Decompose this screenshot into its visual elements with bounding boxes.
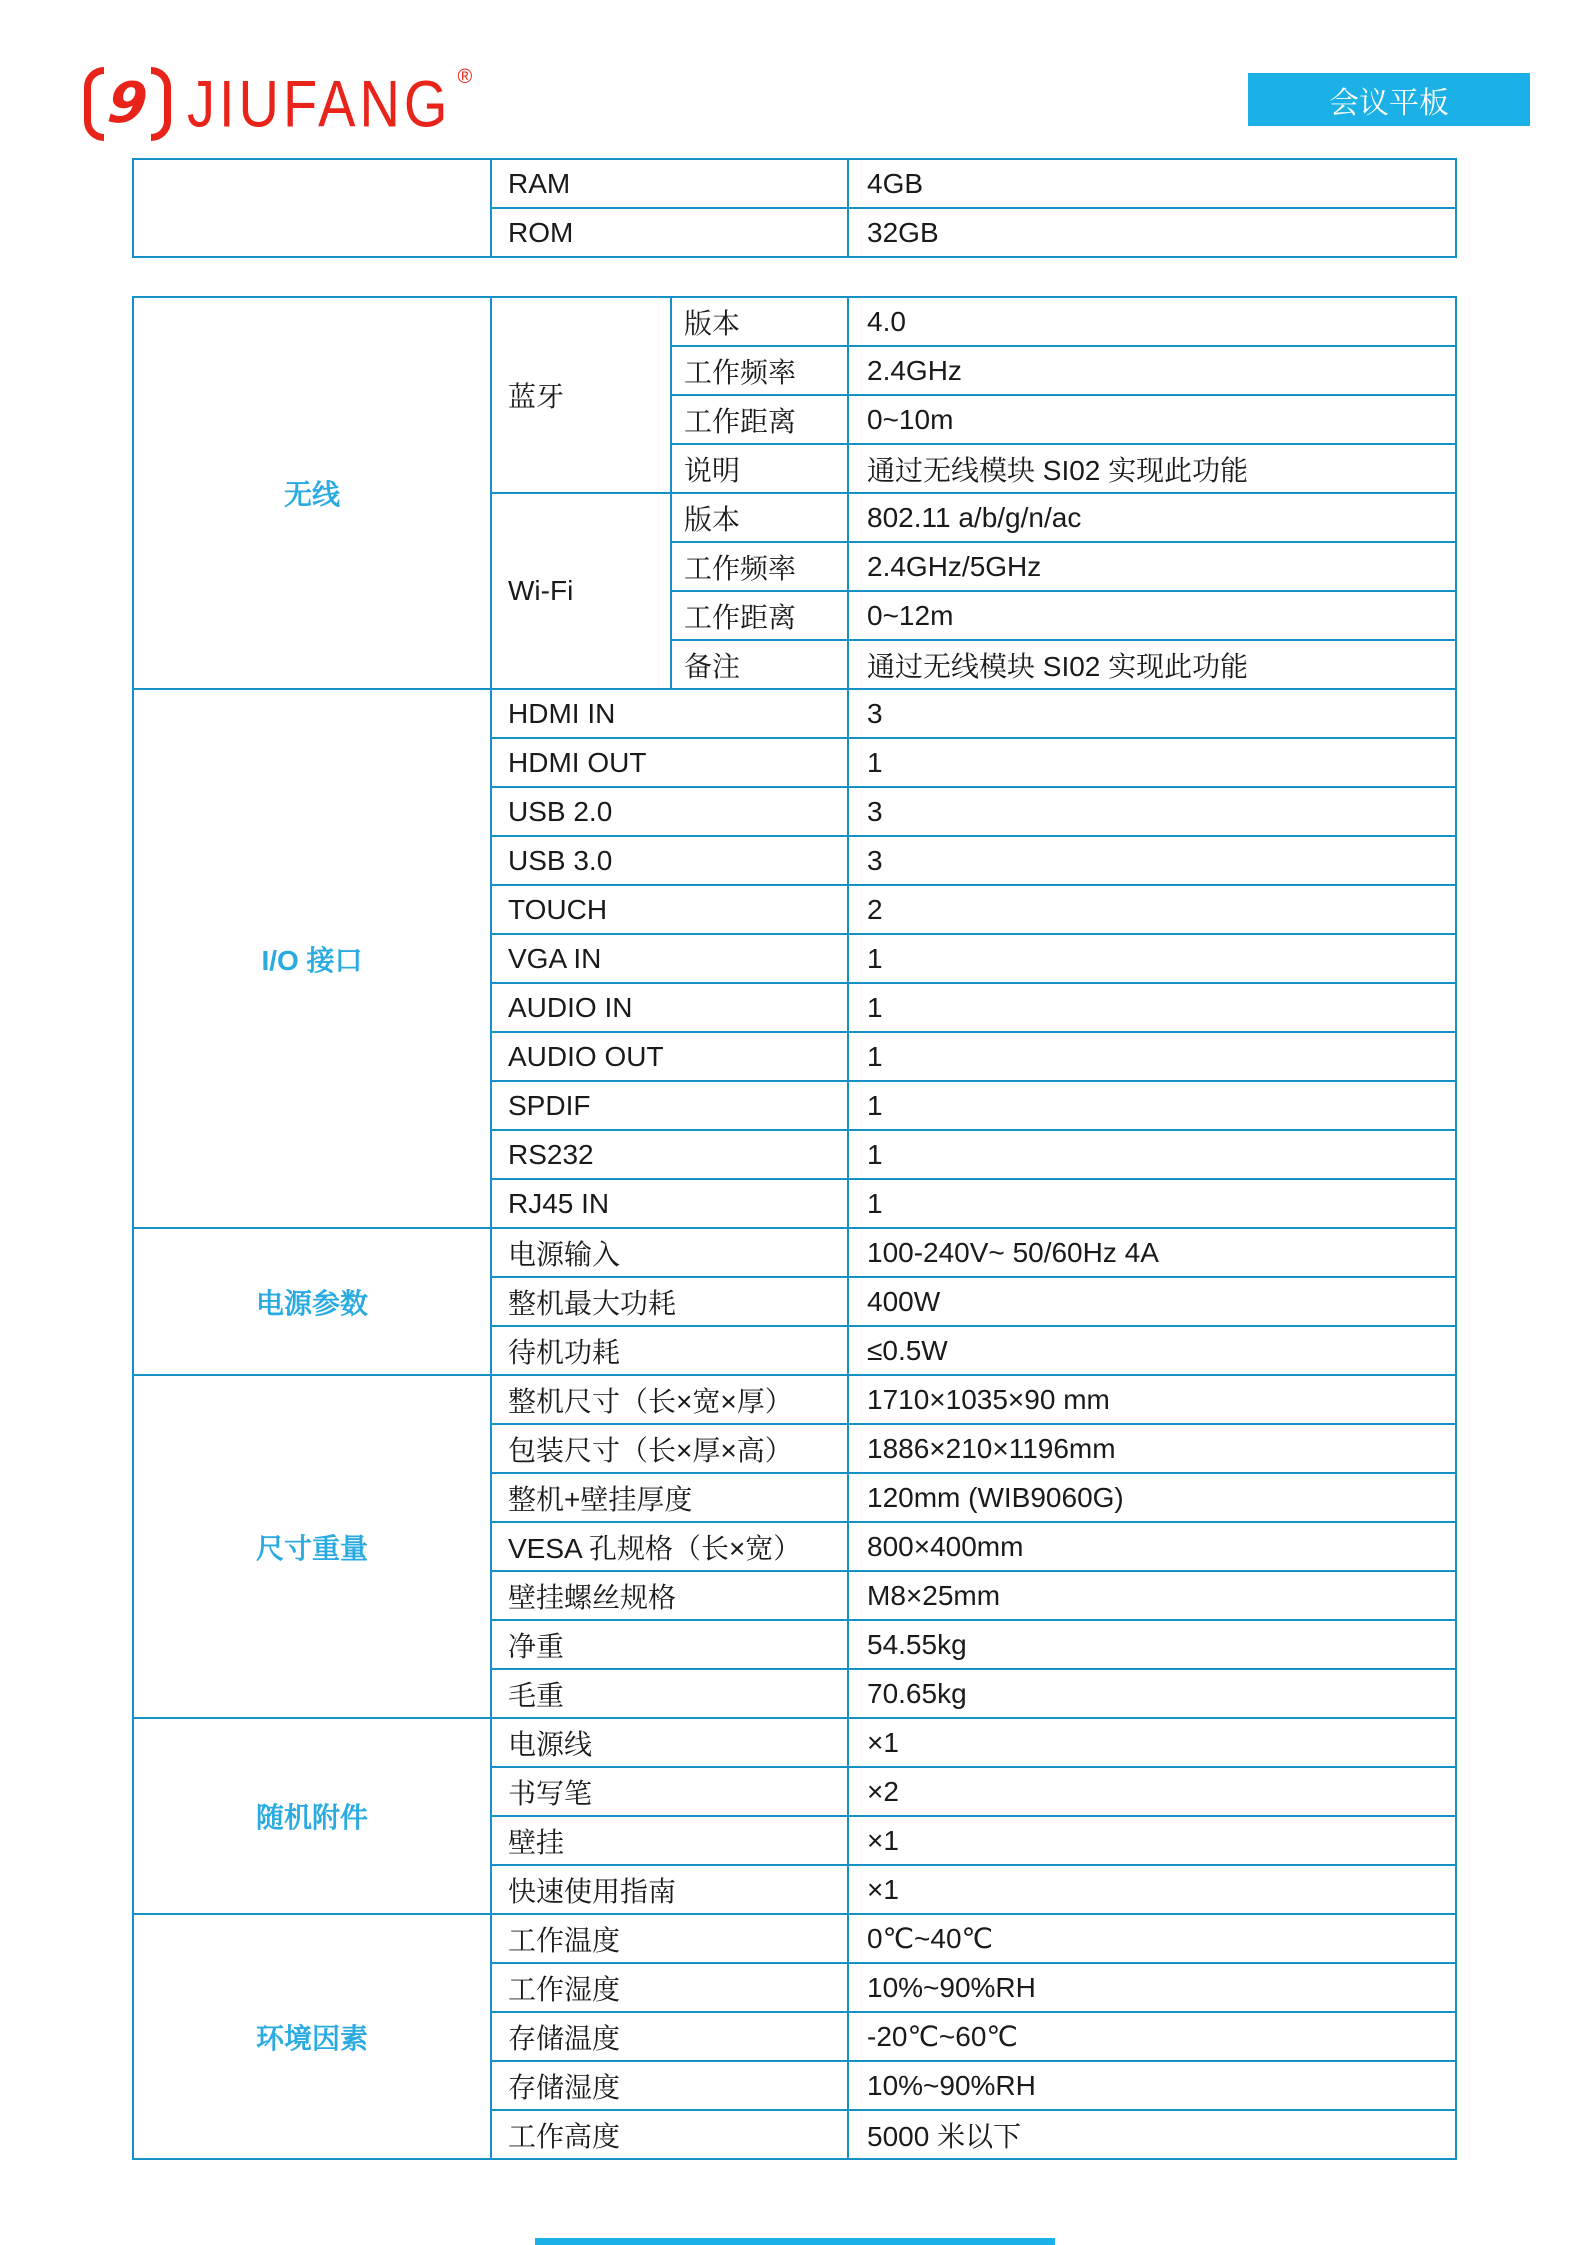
table-row: 随机附件电源线×1 — [133, 1718, 1456, 1767]
table-row: 尺寸重量整机尺寸（长×宽×厚）1710×1035×90 mm — [133, 1375, 1456, 1424]
product-spec-table: 无线蓝牙版本4.0工作频率2.4GHz工作距离0~10m说明通过无线模块 SI0… — [132, 296, 1457, 2160]
spec-label-cell: 快速使用指南 — [491, 1865, 848, 1914]
spec-label-cell: 电源线 — [491, 1718, 848, 1767]
header-badge: 会议平板 — [1248, 73, 1530, 126]
spec-value-cell: 100-240V~ 50/60Hz 4A — [848, 1228, 1456, 1277]
spec-category-cell: 电源参数 — [133, 1228, 491, 1375]
spec-value-cell: 1 — [848, 1081, 1456, 1130]
spec-value-cell: M8×25mm — [848, 1571, 1456, 1620]
spec-label-cell: USB 3.0 — [491, 836, 848, 885]
spec-value-cell: 1 — [848, 983, 1456, 1032]
spec-label-cell: HDMI OUT — [491, 738, 848, 787]
spec-value-cell: 1 — [848, 934, 1456, 983]
memory-spec-table: RAM4GBROM32GB — [132, 158, 1457, 258]
spec-label-cell: 电源输入 — [491, 1228, 848, 1277]
spec-group-cell: Wi-Fi — [491, 493, 671, 689]
spec-value-cell: 2.4GHz/5GHz — [848, 542, 1456, 591]
spec-category-cell: 随机附件 — [133, 1718, 491, 1914]
spec-value-cell: 1 — [848, 1179, 1456, 1228]
spec-value-cell: ×1 — [848, 1865, 1456, 1914]
spec-label-cell: SPDIF — [491, 1081, 848, 1130]
spec-label-cell: VGA IN — [491, 934, 848, 983]
spec-group-cell: 蓝牙 — [491, 297, 671, 493]
spec-value-cell: 1 — [848, 1130, 1456, 1179]
table-row: 无线蓝牙版本4.0 — [133, 297, 1456, 346]
spec-value-cell: 2.4GHz — [848, 346, 1456, 395]
spec-value-cell: 10%~90%RH — [848, 2061, 1456, 2110]
logo-bracket-left-icon — [84, 67, 104, 141]
table-row: 环境因素工作温度0℃~40℃ — [133, 1914, 1456, 1963]
spec-value-cell: 2 — [848, 885, 1456, 934]
spec-value-cell: 802.11 a/b/g/n/ac — [848, 493, 1456, 542]
spec-sublabel-cell: 版本 — [671, 297, 848, 346]
spec-label-cell: USB 2.0 — [491, 787, 848, 836]
logo-bracket-right-icon — [151, 67, 171, 141]
spec-label-cell: 净重 — [491, 1620, 848, 1669]
logo-digit: 9 — [105, 74, 150, 134]
footer-accent-bar — [535, 2238, 1055, 2245]
memory-value-cell: 4GB — [848, 159, 1456, 208]
spec-label-cell: AUDIO IN — [491, 983, 848, 1032]
spec-value-cell: 400W — [848, 1277, 1456, 1326]
spec-label-cell: 工作温度 — [491, 1914, 848, 1963]
spec-label-cell: 存储湿度 — [491, 2061, 848, 2110]
spec-value-cell: 通过无线模块 SI02 实现此功能 — [848, 444, 1456, 493]
memory-value-cell: 32GB — [848, 208, 1456, 257]
spec-sheet-page: 9 JIUFANG ® 会议平板 RAM4GBROM32GB 无线蓝牙版本4.0… — [0, 0, 1587, 2245]
spec-label-cell: 包装尺寸（长×厚×高） — [491, 1424, 848, 1473]
spec-label-cell: 工作高度 — [491, 2110, 848, 2159]
spec-value-cell: 10%~90%RH — [848, 1963, 1456, 2012]
memory-label-cell: ROM — [491, 208, 848, 257]
spec-value-cell: 0℃~40℃ — [848, 1914, 1456, 1963]
spec-label-cell: 待机功耗 — [491, 1326, 848, 1375]
jiufang-logo-icon: 9 — [84, 64, 171, 144]
brand-logo: 9 JIUFANG ® — [84, 64, 472, 144]
spec-label-cell: 整机最大功耗 — [491, 1277, 848, 1326]
spec-category-cell: 无线 — [133, 297, 491, 689]
spec-category-cell: I/O 接口 — [133, 689, 491, 1228]
spec-label-cell: HDMI IN — [491, 689, 848, 738]
spec-label-cell: 书写笔 — [491, 1767, 848, 1816]
spec-category-cell: 环境因素 — [133, 1914, 491, 2159]
table-row: RAM4GB — [133, 159, 1456, 208]
spec-sublabel-cell: 工作距离 — [671, 591, 848, 640]
spec-sublabel-cell: 版本 — [671, 493, 848, 542]
spec-sublabel-cell: 工作频率 — [671, 542, 848, 591]
spec-label-cell: 存储温度 — [491, 2012, 848, 2061]
spec-value-cell: ×1 — [848, 1718, 1456, 1767]
spec-value-cell: ×1 — [848, 1816, 1456, 1865]
spec-category-cell: 尺寸重量 — [133, 1375, 491, 1718]
spec-value-cell: 5000 米以下 — [848, 2110, 1456, 2159]
brand-name: JIUFANG — [187, 71, 451, 137]
spec-value-cell: 800×400mm — [848, 1522, 1456, 1571]
registered-trademark-icon: ® — [457, 66, 472, 89]
spec-sublabel-cell: 工作距离 — [671, 395, 848, 444]
spec-sublabel-cell: 备注 — [671, 640, 848, 689]
spec-value-cell: 0~12m — [848, 591, 1456, 640]
spec-value-cell: 1 — [848, 738, 1456, 787]
spec-value-cell: 通过无线模块 SI02 实现此功能 — [848, 640, 1456, 689]
spec-label-cell: RS232 — [491, 1130, 848, 1179]
memory-label-cell: RAM — [491, 159, 848, 208]
spec-value-cell: 3 — [848, 689, 1456, 738]
spec-label-cell: 整机尺寸（长×宽×厚） — [491, 1375, 848, 1424]
spec-label-cell: AUDIO OUT — [491, 1032, 848, 1081]
spec-value-cell: ≤0.5W — [848, 1326, 1456, 1375]
spec-value-cell: 4.0 — [848, 297, 1456, 346]
spec-label-cell: RJ45 IN — [491, 1179, 848, 1228]
spec-value-cell: 120mm (WIB9060G) — [848, 1473, 1456, 1522]
spec-label-cell: TOUCH — [491, 885, 848, 934]
table-row: 电源参数电源输入100-240V~ 50/60Hz 4A — [133, 1228, 1456, 1277]
spec-sublabel-cell: 说明 — [671, 444, 848, 493]
table-row: I/O 接口HDMI IN3 — [133, 689, 1456, 738]
spec-value-cell: 3 — [848, 787, 1456, 836]
spec-value-cell: -20℃~60℃ — [848, 2012, 1456, 2061]
spec-label-cell: 整机+壁挂厚度 — [491, 1473, 848, 1522]
spec-label-cell: 工作湿度 — [491, 1963, 848, 2012]
spec-label-cell: 壁挂螺丝规格 — [491, 1571, 848, 1620]
spec-label-cell: 毛重 — [491, 1669, 848, 1718]
spec-value-cell: 1710×1035×90 mm — [848, 1375, 1456, 1424]
spec-value-cell: 54.55kg — [848, 1620, 1456, 1669]
memory-carryover-cell — [133, 159, 491, 257]
spec-value-cell: ×2 — [848, 1767, 1456, 1816]
spec-value-cell: 70.65kg — [848, 1669, 1456, 1718]
spec-value-cell: 1 — [848, 1032, 1456, 1081]
spec-value-cell: 0~10m — [848, 395, 1456, 444]
spec-label-cell: 壁挂 — [491, 1816, 848, 1865]
spec-sublabel-cell: 工作频率 — [671, 346, 848, 395]
spec-label-cell: VESA 孔规格（长×宽） — [491, 1522, 848, 1571]
spec-value-cell: 3 — [848, 836, 1456, 885]
spec-value-cell: 1886×210×1196mm — [848, 1424, 1456, 1473]
